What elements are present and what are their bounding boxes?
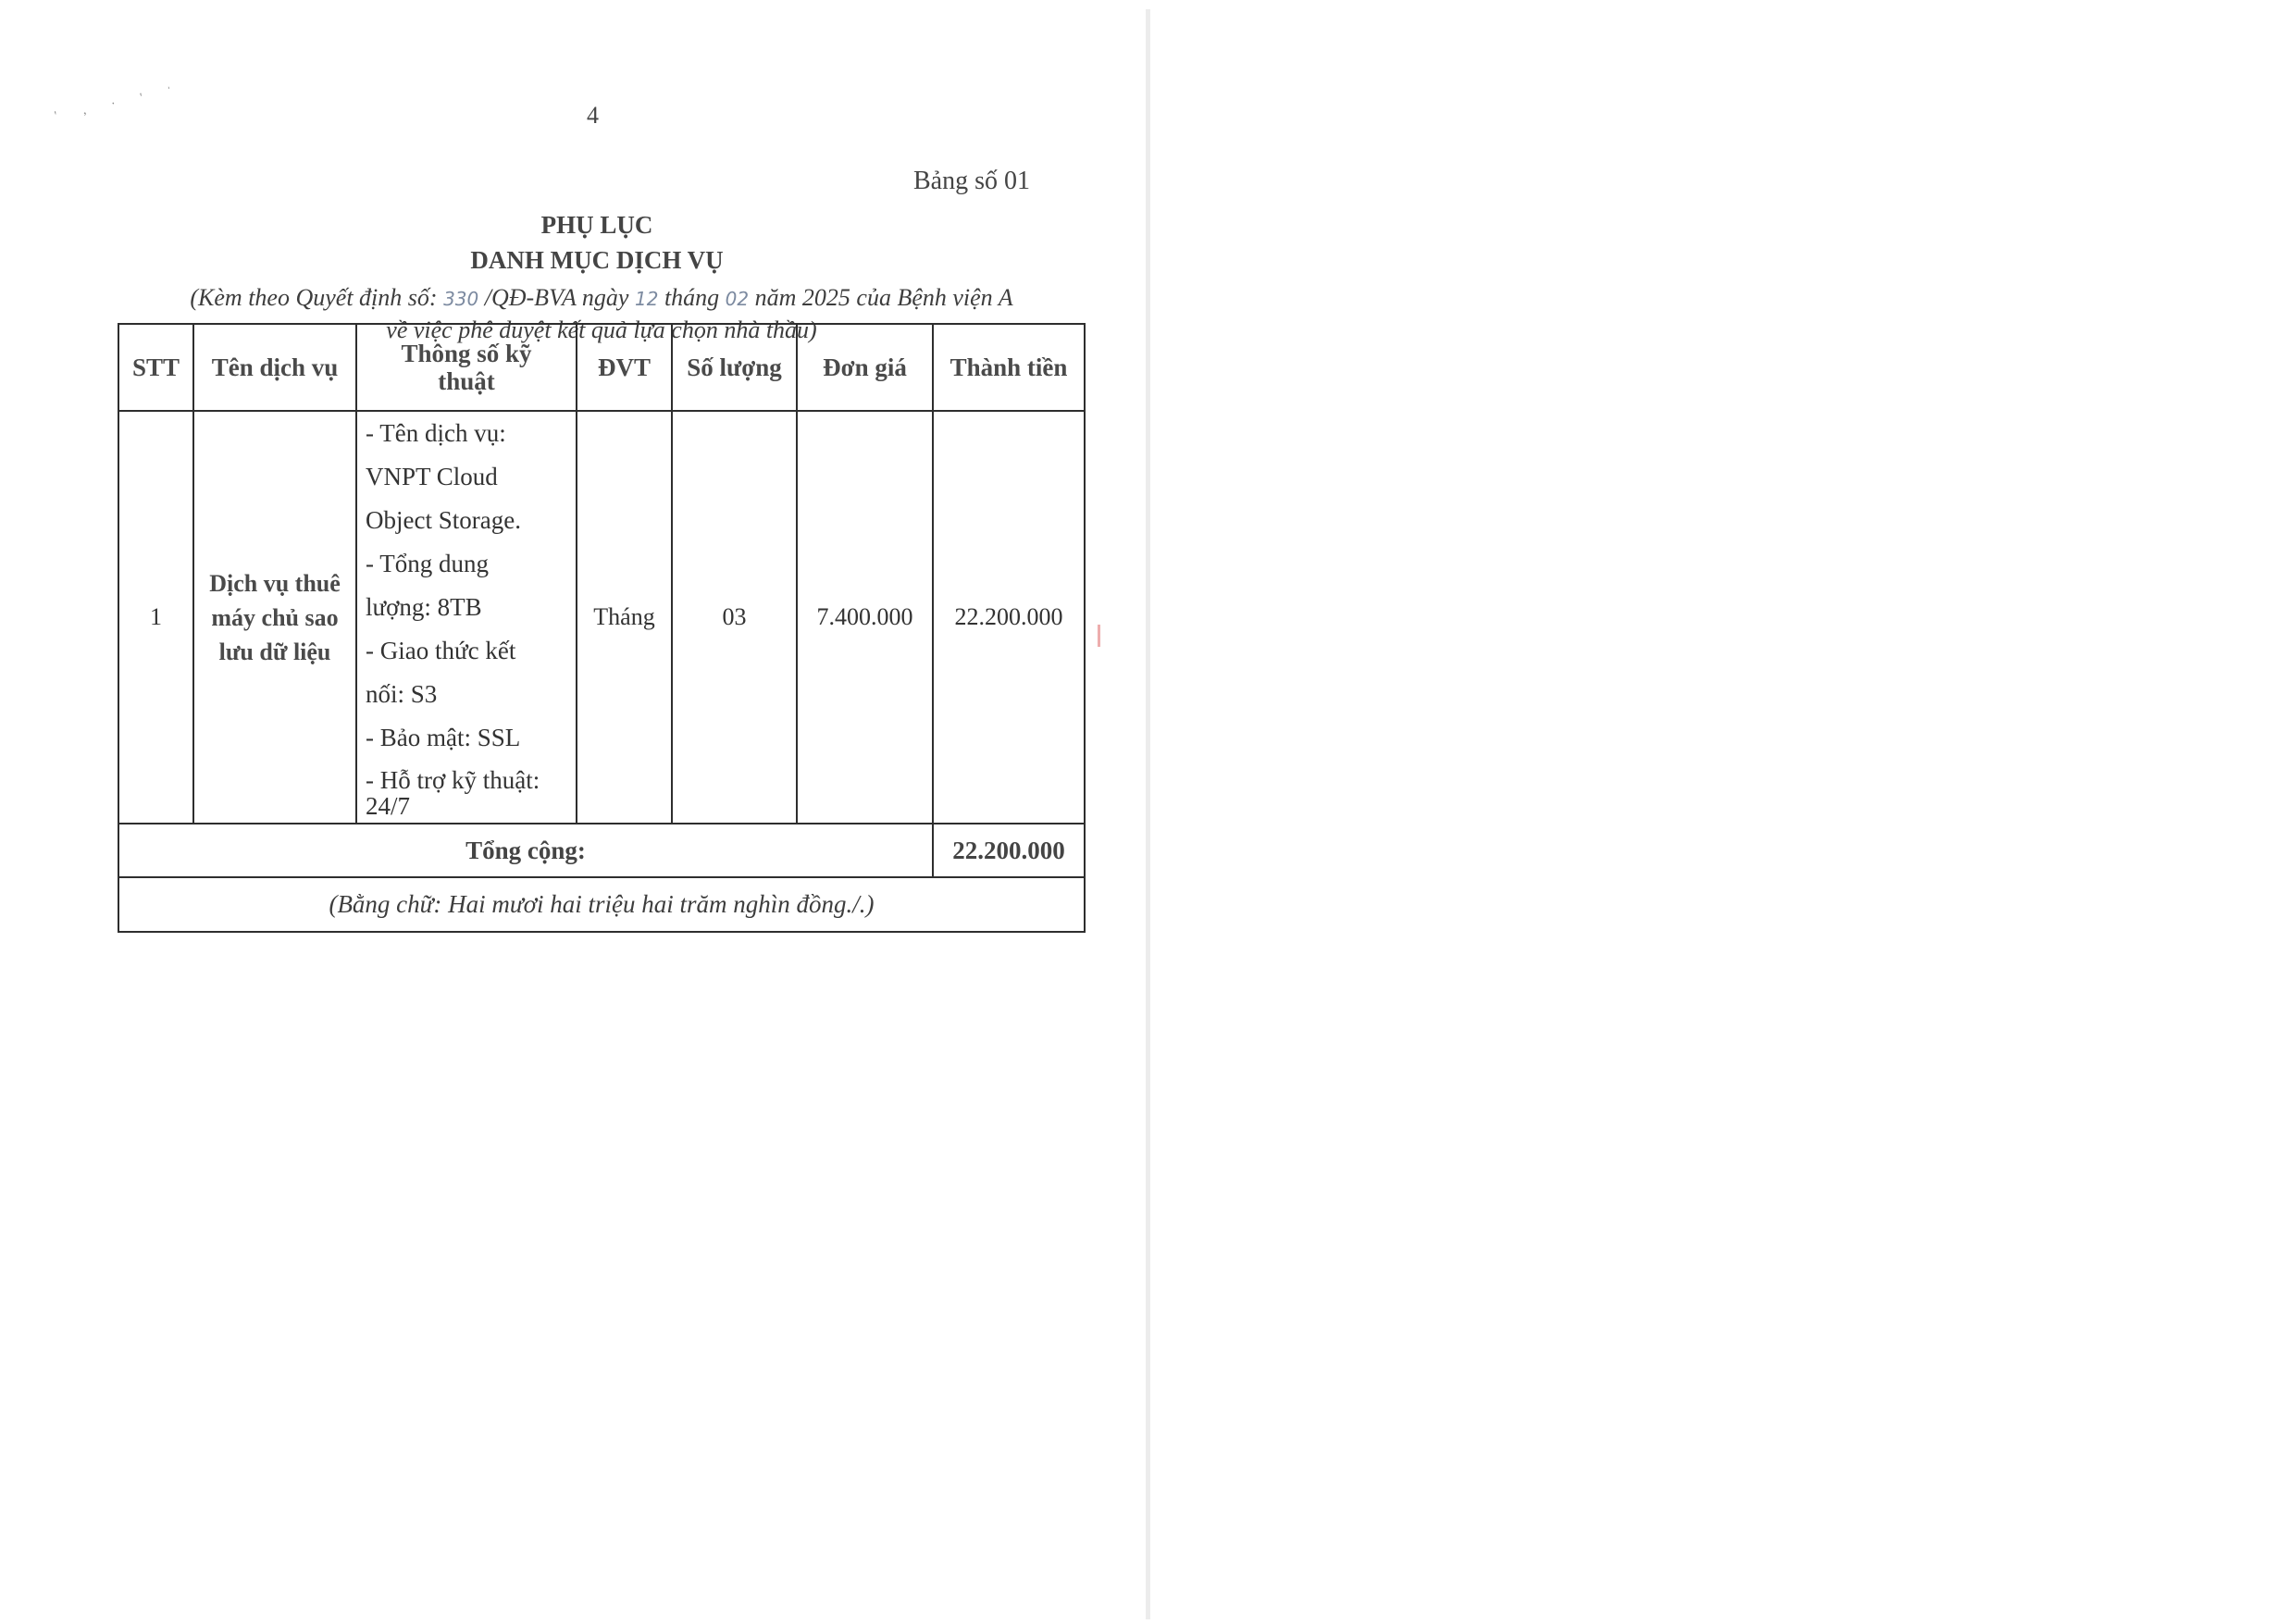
header-unit-price: Đơn giá bbox=[797, 324, 933, 411]
header-unit: ĐVT bbox=[577, 324, 672, 411]
page-number: 4 bbox=[587, 102, 599, 130]
spec-line: 24/7 bbox=[366, 793, 570, 819]
note-prefix: (Kèm theo Quyết định số: bbox=[190, 284, 443, 311]
service-list-title: DANH MỤC DỊCH VỤ bbox=[398, 246, 796, 275]
total-label: Tổng cộng: bbox=[118, 824, 933, 877]
cell-technical-specs: - Tên dịch vụ: VNPT Cloud Object Storage… bbox=[356, 411, 577, 824]
cell-stt: 1 bbox=[118, 411, 193, 824]
scan-artifact-marks: ' ‚ · ' ˈ bbox=[54, 83, 184, 125]
total-row: Tổng cộng: 22.200.000 bbox=[118, 824, 1085, 877]
note-after-number: /QĐ-BVA ngày bbox=[478, 284, 635, 311]
spec-line: VNPT Cloud bbox=[366, 455, 570, 499]
header-service-name: Tên dịch vụ bbox=[193, 324, 356, 411]
header-technical-specs: Thông số kỹ thuật bbox=[356, 324, 577, 411]
header-stt: STT bbox=[118, 324, 193, 411]
amount-in-words: (Bằng chữ: Hai mươi hai triệu hai trăm n… bbox=[118, 877, 1085, 932]
cell-service-name: Dịch vụ thuê máy chủ sao lưu dữ liệu bbox=[193, 411, 356, 824]
table-number-label: Bảng số 01 bbox=[907, 167, 1030, 196]
header-quantity: Số lượng bbox=[672, 324, 797, 411]
handwritten-month: 02 bbox=[726, 288, 749, 310]
service-list-table: STT Tên dịch vụ Thông số kỹ thuật ĐVT Số… bbox=[118, 323, 1086, 933]
page-gutter-line bbox=[1146, 9, 1150, 1619]
spec-line: - Tổng dung bbox=[366, 542, 570, 586]
decision-reference-line-1: (Kèm theo Quyết định số: 330 /QĐ-BVA ngà… bbox=[139, 282, 1064, 315]
cell-unit: Tháng bbox=[577, 411, 672, 824]
appendix-title: PHỤ LỤC bbox=[398, 211, 796, 240]
handwritten-decision-number: 330 bbox=[443, 288, 478, 310]
spec-line: lượng: 8TB bbox=[366, 586, 570, 629]
spec-line: - Hỗ trợ kỹ thuật: bbox=[366, 767, 570, 793]
spec-line: - Giao thức kết bbox=[366, 629, 570, 673]
table-row: 1 Dịch vụ thuê máy chủ sao lưu dữ liệu -… bbox=[118, 411, 1085, 824]
spec-line: nối: S3 bbox=[366, 673, 570, 716]
amount-in-words-row: (Bằng chữ: Hai mươi hai triệu hai trăm n… bbox=[118, 877, 1085, 932]
total-value: 22.200.000 bbox=[933, 824, 1085, 877]
cell-amount: 22.200.000 bbox=[933, 411, 1085, 824]
header-amount: Thành tiền bbox=[933, 324, 1085, 411]
table-header-row: STT Tên dịch vụ Thông số kỹ thuật ĐVT Số… bbox=[118, 324, 1085, 411]
red-ink-mark bbox=[1098, 625, 1100, 647]
spec-line: - Bảo mật: SSL bbox=[366, 716, 570, 760]
note-after-day: tháng bbox=[658, 284, 725, 311]
spec-line: - Tên dịch vụ: bbox=[366, 412, 570, 455]
cell-unit-price: 7.400.000 bbox=[797, 411, 933, 824]
handwritten-day: 12 bbox=[635, 288, 658, 310]
cell-quantity: 03 bbox=[672, 411, 797, 824]
spec-line: Object Storage. bbox=[366, 499, 570, 542]
note-after-month: năm 2025 của Bệnh viện A bbox=[749, 284, 1012, 311]
